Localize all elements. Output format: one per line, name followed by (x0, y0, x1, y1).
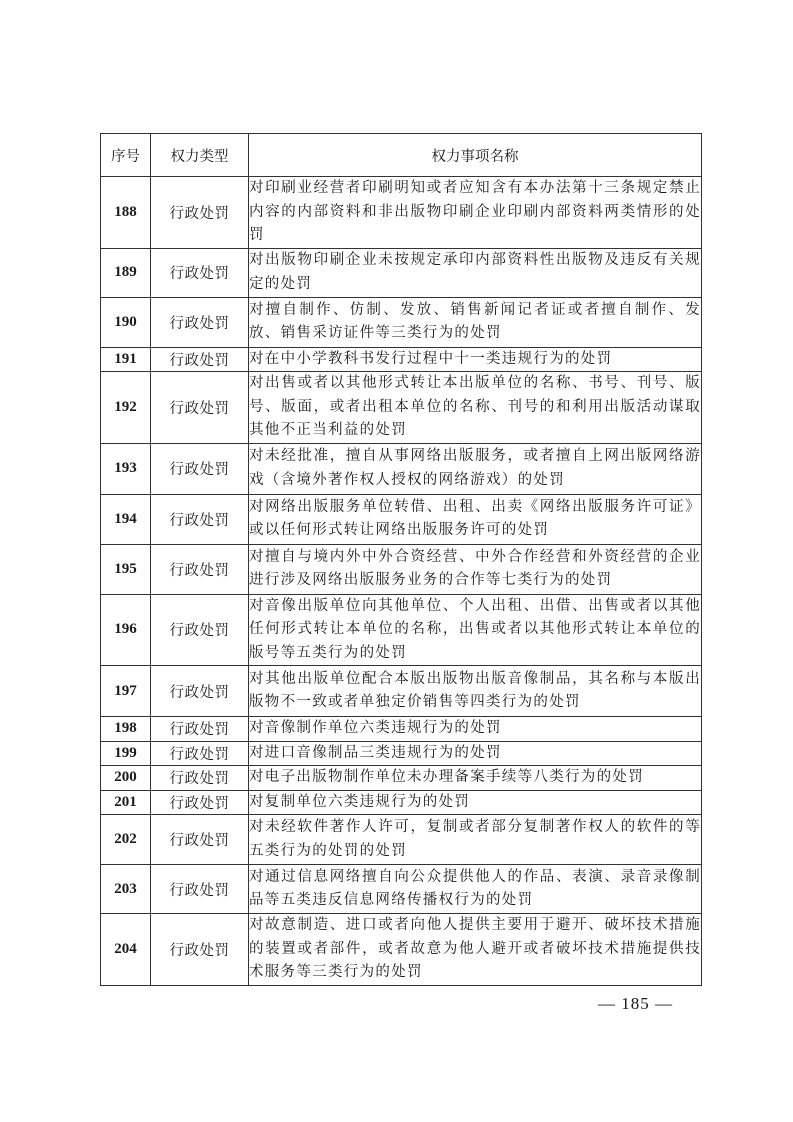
row-power-item-name: 对擅自与境内外中外合资经营、中外合作经营和外资经营的企业进行涉及网络出版服务业务… (249, 544, 702, 594)
table-row: 203行政处罚对通过信息网络擅自向公众提供他人的作品、表演、录音录像制品等五类违… (101, 865, 702, 914)
row-power-item-name: 对进口音像制品三类违规行为的处罚 (249, 741, 702, 766)
row-serial-number: 195 (101, 544, 151, 594)
row-power-type: 行政处罚 (151, 666, 249, 717)
table-header-row: 序号 权力类型 权力事项名称 (101, 134, 702, 177)
row-power-type: 行政处罚 (151, 815, 249, 865)
row-power-item-name: 对出售或者以其他形式转让本出版单位的名称、书号、刊号、版号、版面，或者出租本单位… (249, 372, 702, 444)
row-power-item-name: 对未经软件著作人许可，复制或者部分复制著作权人的软件的等五类行为的处罚的处罚 (249, 815, 702, 865)
row-power-item-name: 对网络出版服务单位转借、出租、出卖《网络出版服务许可证》或以任何形式转让网络出版… (249, 494, 702, 544)
row-serial-number: 191 (101, 347, 151, 372)
row-power-type: 行政处罚 (151, 248, 249, 297)
row-power-type: 行政处罚 (151, 297, 249, 347)
row-power-item-name: 对音像出版单位向其他单位、个人出租、出借、出售或者以其他任何形式转让本单位的名称… (249, 594, 702, 666)
table-row: 197行政处罚对其他出版单位配合本版出版物出版音像制品，其名称与本版出版物不一致… (101, 666, 702, 717)
header-power-item-name: 权力事项名称 (249, 134, 702, 177)
row-power-type: 行政处罚 (151, 790, 249, 815)
table-body: 188行政处罚对印刷业经营者印刷明知或者应知含有本办法第十三条规定禁止内容的内部… (101, 177, 702, 986)
table-row: 202行政处罚对未经软件著作人许可，复制或者部分复制著作权人的软件的等五类行为的… (101, 815, 702, 865)
row-power-item-name: 对未经批准，擅自从事网络出版服务，或者擅自上网出版网络游戏（含境外著作权人授权的… (249, 443, 702, 494)
table-row: 201行政处罚对复制单位六类违规行为的处罚 (101, 790, 702, 815)
row-serial-number: 201 (101, 790, 151, 815)
row-serial-number: 204 (101, 914, 151, 986)
table-row: 195行政处罚对擅自与境内外中外合资经营、中外合作经营和外资经营的企业进行涉及网… (101, 544, 702, 594)
table-row: 188行政处罚对印刷业经营者印刷明知或者应知含有本办法第十三条规定禁止内容的内部… (101, 177, 702, 249)
header-power-type: 权力类型 (151, 134, 249, 177)
row-power-item-name: 对通过信息网络擅自向公众提供他人的作品、表演、录音录像制品等五类违反信息网络传播… (249, 865, 702, 914)
row-serial-number: 197 (101, 666, 151, 717)
table-row: 199行政处罚对进口音像制品三类违规行为的处罚 (101, 741, 702, 766)
row-serial-number: 203 (101, 865, 151, 914)
row-power-type: 行政处罚 (151, 544, 249, 594)
row-power-item-name: 对复制单位六类违规行为的处罚 (249, 790, 702, 815)
row-power-type: 行政处罚 (151, 914, 249, 986)
power-items-table: 序号 权力类型 权力事项名称 188行政处罚对印刷业经营者印刷明知或者应知含有本… (100, 133, 702, 986)
row-serial-number: 196 (101, 594, 151, 666)
row-power-item-name: 对擅自制作、仿制、发放、销售新闻记者证或者擅自制作、发放、销售采访证件等三类行为… (249, 297, 702, 347)
row-power-type: 行政处罚 (151, 177, 249, 249)
row-power-item-name: 对故意制造、进口或者向他人提供主要用于避开、破坏技术措施的装置或者部件，或者故意… (249, 914, 702, 986)
row-power-type: 行政处罚 (151, 717, 249, 742)
row-power-type: 行政处罚 (151, 443, 249, 494)
row-power-type: 行政处罚 (151, 594, 249, 666)
row-power-type: 行政处罚 (151, 766, 249, 791)
table-row: 196行政处罚对音像出版单位向其他单位、个人出租、出借、出售或者以其他任何形式转… (101, 594, 702, 666)
row-serial-number: 192 (101, 372, 151, 444)
page-number: — 185 — (598, 994, 673, 1014)
row-serial-number: 190 (101, 297, 151, 347)
header-serial-number: 序号 (101, 134, 151, 177)
row-power-type: 行政处罚 (151, 372, 249, 444)
row-serial-number: 198 (101, 717, 151, 742)
row-serial-number: 193 (101, 443, 151, 494)
row-power-item-name: 对出版物印刷企业未按规定承印内部资料性出版物及违反有关规定的处罚 (249, 248, 702, 297)
table-row: 192行政处罚对出售或者以其他形式转让本出版单位的名称、书号、刊号、版号、版面，… (101, 372, 702, 444)
row-power-type: 行政处罚 (151, 494, 249, 544)
table-row: 204行政处罚对故意制造、进口或者向他人提供主要用于避开、破坏技术措施的装置或者… (101, 914, 702, 986)
row-serial-number: 194 (101, 494, 151, 544)
row-power-item-name: 对电子出版物制作单位未办理备案手续等八类行为的处罚 (249, 766, 702, 791)
table-row: 194行政处罚对网络出版服务单位转借、出租、出卖《网络出版服务许可证》或以任何形… (101, 494, 702, 544)
row-power-type: 行政处罚 (151, 865, 249, 914)
row-serial-number: 202 (101, 815, 151, 865)
row-power-type: 行政处罚 (151, 347, 249, 372)
row-serial-number: 200 (101, 766, 151, 791)
table-row: 190行政处罚对擅自制作、仿制、发放、销售新闻记者证或者擅自制作、发放、销售采访… (101, 297, 702, 347)
row-serial-number: 199 (101, 741, 151, 766)
table-row: 200行政处罚对电子出版物制作单位未办理备案手续等八类行为的处罚 (101, 766, 702, 791)
table-row: 198行政处罚对音像制作单位六类违规行为的处罚 (101, 717, 702, 742)
row-serial-number: 189 (101, 248, 151, 297)
row-power-item-name: 对音像制作单位六类违规行为的处罚 (249, 717, 702, 742)
table-row: 191行政处罚对在中小学教科书发行过程中十一类违规行为的处罚 (101, 347, 702, 372)
table-row: 193行政处罚对未经批准，擅自从事网络出版服务，或者擅自上网出版网络游戏（含境外… (101, 443, 702, 494)
row-power-item-name: 对印刷业经营者印刷明知或者应知含有本办法第十三条规定禁止内容的内部资料和非出版物… (249, 177, 702, 249)
row-serial-number: 188 (101, 177, 151, 249)
row-power-item-name: 对其他出版单位配合本版出版物出版音像制品，其名称与本版出版物不一致或者单独定价销… (249, 666, 702, 717)
row-power-type: 行政处罚 (151, 741, 249, 766)
row-power-item-name: 对在中小学教科书发行过程中十一类违规行为的处罚 (249, 347, 702, 372)
table-row: 189行政处罚对出版物印刷企业未按规定承印内部资料性出版物及违反有关规定的处罚 (101, 248, 702, 297)
